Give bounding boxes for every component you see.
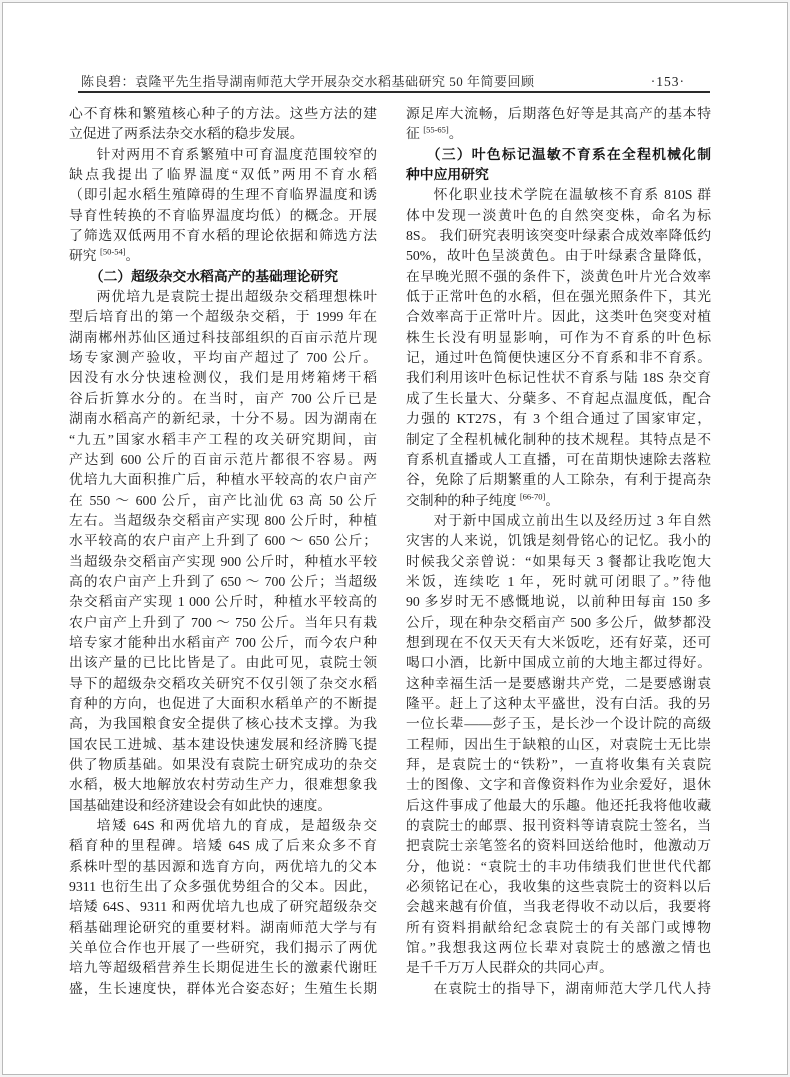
text-line: 后这件事成了他最大的乐趣。他还托我将他收藏	[406, 796, 711, 816]
text-line: 高，为我国粮食安全提供了核心技术支撑。为我	[69, 714, 377, 734]
text-line: 缺点我提出了临界温度“双低”两用不育水稻	[69, 165, 377, 185]
citation-reference: [66-70]	[520, 491, 546, 501]
text-line: 在袁院士的指导下，湖南师范大学几代人持	[406, 979, 711, 999]
text-line: 9311 也衍生出了众多强优势组合的父本。因此，	[69, 877, 377, 897]
text-line: 想到现在不仅天天有大米饭吃，还有好菜，还可	[406, 633, 711, 653]
text-line: 是千千万万人民群众的共同心声。	[406, 958, 711, 978]
text-line: 稻育种的里程碑。培矮 64S 成了后来众多不育	[69, 836, 377, 856]
text-line: 国农民工进城、基本建设快速发展和经济腾飞提	[69, 735, 377, 755]
text-line: 湖南水稻高产的新纪录，十分不易。因为湖南在	[69, 409, 377, 429]
text-line: 会越来越有价值，当我老得收不动以后，我要将	[406, 897, 711, 917]
text-line: 在 550 ～ 600 公斤，亩产比汕优 63 高 50 公斤	[69, 491, 377, 511]
text-line: 低于正常叶色的水稻，但在强光照条件下，其光	[406, 287, 711, 307]
text-line: 培矮 64S 和两优培九的育成，是超级杂交	[69, 816, 377, 836]
text-line: 力强的 KT27S，有 3 个组合通过了国家审定，	[406, 409, 711, 429]
text-column-right: 源足库大流畅，后期落色好等是其高产的基本特征 [55-65]。（三）叶色标记温敏…	[406, 104, 711, 999]
text-line: 水平较高的农户亩产上升到了 600 ～ 650 公斤；	[69, 531, 377, 551]
section-heading-line: 种中应用研究	[406, 165, 711, 185]
text-line: 立促进了两系法杂交水稻的稳步发展。	[69, 124, 377, 144]
text-line: 隆平。赶上了这种太平盛世，没有白活。我的另	[406, 694, 711, 714]
header-rule	[78, 91, 710, 93]
text-line: 型后培育出的第一个超级杂交稻，于 1999 年在	[69, 307, 377, 327]
text-line: 国基础建设和经济建设会有如此快的速度。	[69, 796, 377, 816]
text-line: 系株叶型的基因源和选育方向，两优培九的父本	[69, 857, 377, 877]
text-line: 所有资料捐献给纪念袁院士的有关部门或博物	[406, 918, 711, 938]
citation-reference: [55-65]	[423, 125, 449, 135]
section-heading-line: （二）超级杂交水稻高产的基础理论研究	[69, 267, 377, 287]
text-line: 制定了全程机械化制种的技术规程。其特点是不	[406, 430, 711, 450]
text-line: 了筛选双低两用不育水稻的理论依据和筛选方法	[69, 226, 377, 246]
text-line: 供了物质基础。如果没有袁院士研究成功的杂交	[69, 755, 377, 775]
text-line: 心不育株和繁殖核心种子的方法。这些方法的建	[69, 104, 377, 124]
text-line: 培专家才能种出水稻亩产 700 公斤，而今农户种	[69, 633, 377, 653]
text-line: 合效率高于正常叶片。因此，这类叶色突变对植	[406, 307, 711, 327]
text-line: 分，他说：“袁院士的丰功伟绩我们世世代代都	[406, 857, 711, 877]
text-line: 针对两用不育系繁殖中可育温度范围较窄的	[69, 145, 377, 165]
text-line: 株生长没有明显影响，可作为不育系的叶色标	[406, 328, 711, 348]
text-line: 育种的方向，也促进了大面积水稻单产的不断提	[69, 694, 377, 714]
journal-page: 陈良碧：袁隆平先生指导湖南师范大学开展杂交水稻基础研究 50 年简要回顾 ·15…	[2, 2, 788, 1075]
text-line: 馆。”我想我这两位长辈对袁院士的感激之情也	[406, 938, 711, 958]
section-heading-line: （三）叶色标记温敏不育系在全程机械化制	[406, 145, 711, 165]
text-line: 8S。 我们研究表明该突变叶绿素合成效率降低约	[406, 226, 711, 246]
page-header: 陈良碧：袁隆平先生指导湖南师范大学开展杂交水稻基础研究 50 年简要回顾 ·15…	[81, 71, 685, 90]
text-line: 培九等超级稻营养生长期促进生长的激素代谢旺	[69, 958, 377, 978]
text-line: 水稻，极大地解放农村劳动生产力，很难想象我	[69, 775, 377, 795]
text-line: 90 多岁时无不感慨地说，以前种田每亩 150 多	[406, 592, 711, 612]
text-line: 场专家测产验收，平均亩产超过了 700 公斤。	[69, 348, 377, 368]
text-line: 两优培九是袁院士提出超级杂交稻理想株叶	[69, 287, 377, 307]
text-line: 稻基础理论研究的重要材料。湖南师范大学与有	[69, 918, 377, 938]
text-line: 农户亩产上升到了 700 ～ 750 公斤。当年只有栽	[69, 613, 377, 633]
text-line: 关单位合作也开展了一些研究，我们揭示了两优	[69, 938, 377, 958]
text-line: 的袁院士的邮票、报刊资料等请袁院士签名，当	[406, 816, 711, 836]
text-line: 这种幸福生活一是要感谢共产党，二是要感谢袁	[406, 674, 711, 694]
text-line: 一位长辈——彭子玉，是长沙一个设计院的高级	[406, 714, 711, 734]
text-line: 工程师，因出生于缺粮的山区，对袁院士无比崇	[406, 735, 711, 755]
text-line: 喝口小酒，比新中国成立前的大地主都过得好。	[406, 653, 711, 673]
text-line: 湖南郴州苏仙区通过科技部组织的百亩示范片现	[69, 328, 377, 348]
page-number: ·153·	[651, 74, 685, 90]
text-line: 研究 [50-54]。	[69, 246, 377, 266]
text-line: 交制种的种子纯度 [66-70]。	[406, 491, 711, 511]
text-line: 盛，生长速度快，群体光合姿态好；生殖生长期	[69, 979, 377, 999]
text-line: 源足库大流畅，后期落色好等是其高产的基本特	[406, 104, 711, 124]
text-line: 对于新中国成立前出生以及经历过 3 年自然	[406, 511, 711, 531]
text-line: （即引起水稻生殖障碍的生理不育临界温度和诱	[69, 185, 377, 205]
text-line: 导育性转换的不育临界温度均低）的概念。开展	[69, 206, 377, 226]
citation-reference: [50-54]	[100, 247, 126, 257]
text-line: 灾害的人来说，饥饿是刻骨铭心的记忆。我小的	[406, 531, 711, 551]
text-line: 当超级杂交稻亩产实现 900 公斤时，种植水平较	[69, 552, 377, 572]
text-line: 征 [55-65]。	[406, 124, 711, 144]
text-line: 谷后折算水分的。在当时，亩产 700 公斤已是	[69, 389, 377, 409]
text-line: 在早晚光照不强的条件下，淡黄色叶片光合效率	[406, 267, 711, 287]
text-line: 优培九大面积推广后，种植水平较高的农户亩产	[69, 470, 377, 490]
text-line: 体中发现一淡黄叶色的自然突变株，命名为标	[406, 206, 711, 226]
text-line: 怀化职业技术学院在温敏核不育系 810S 群	[406, 185, 711, 205]
text-line: 米饭，连续吃 1 年，死时就可闭眼了。”待他	[406, 572, 711, 592]
text-line: 拜，是袁院士的“铁粉”，一直将收集有关袁院	[406, 755, 711, 775]
text-line: 我们利用该叶色标记性状不育系与陆 18S 杂交育	[406, 368, 711, 388]
text-line: 时候我父亲曾说：“如果每天 3 餐都让我吃饱大	[406, 552, 711, 572]
text-line: 杂交稻亩产实现 1 000 公斤时，种植水平较高的	[69, 592, 377, 612]
text-line: 50%，故叶色呈淡黄色。由于叶绿素含量降低，	[406, 246, 711, 266]
text-line: 培矮 64S、9311 和两优培九也成了研究超级杂交	[69, 897, 377, 917]
text-line: “九五”国家水稻丰产工程的攻关研究期间，亩	[69, 430, 377, 450]
text-line: 公斤，现在种杂交稻亩产 500 多公斤，做梦都没	[406, 613, 711, 633]
text-line: 记，通过叶色简便快速区分不育系和非不育系。	[406, 348, 711, 368]
text-line: 把袁院士亲笔签名的资料回送给他时，他激动万	[406, 836, 711, 856]
text-line: 左右。当超级杂交稻亩产实现 800 公斤时，种植	[69, 511, 377, 531]
text-line: 因没有水分快速检测仪，我们是用烤箱烤干稻	[69, 368, 377, 388]
text-line: 必须铭记在心，我收集的这些袁院士的资料以后	[406, 877, 711, 897]
text-line: 成了生长量大、分蘖多、不育起点温度低，配合	[406, 389, 711, 409]
text-line: 产达到 600 公斤的百亩示范片都很不容易。两	[69, 450, 377, 470]
running-title: 陈良碧：袁隆平先生指导湖南师范大学开展杂交水稻基础研究 50 年简要回顾	[81, 71, 535, 90]
text-line: 高的农户亩产上升到了 650 ～ 700 公斤；当超级	[69, 572, 377, 592]
text-line: 育系机直播或人工直播，可在苗期快速除去落粒	[406, 450, 711, 470]
text-line: 出该产量的已比比皆是了。由此可见，袁院士领	[69, 653, 377, 673]
text-line: 谷，免除了后期繁重的人工除杂，有利于提高杂	[406, 470, 711, 490]
text-column-left: 心不育株和繁殖核心种子的方法。这些方法的建立促进了两系法杂交水稻的稳步发展。针对…	[69, 104, 377, 999]
text-line: 导下的超级杂交稻攻关研究不仅引领了杂交水稻	[69, 674, 377, 694]
text-line: 士的图像、文字和音像资料作为业余爱好，退休	[406, 775, 711, 795]
